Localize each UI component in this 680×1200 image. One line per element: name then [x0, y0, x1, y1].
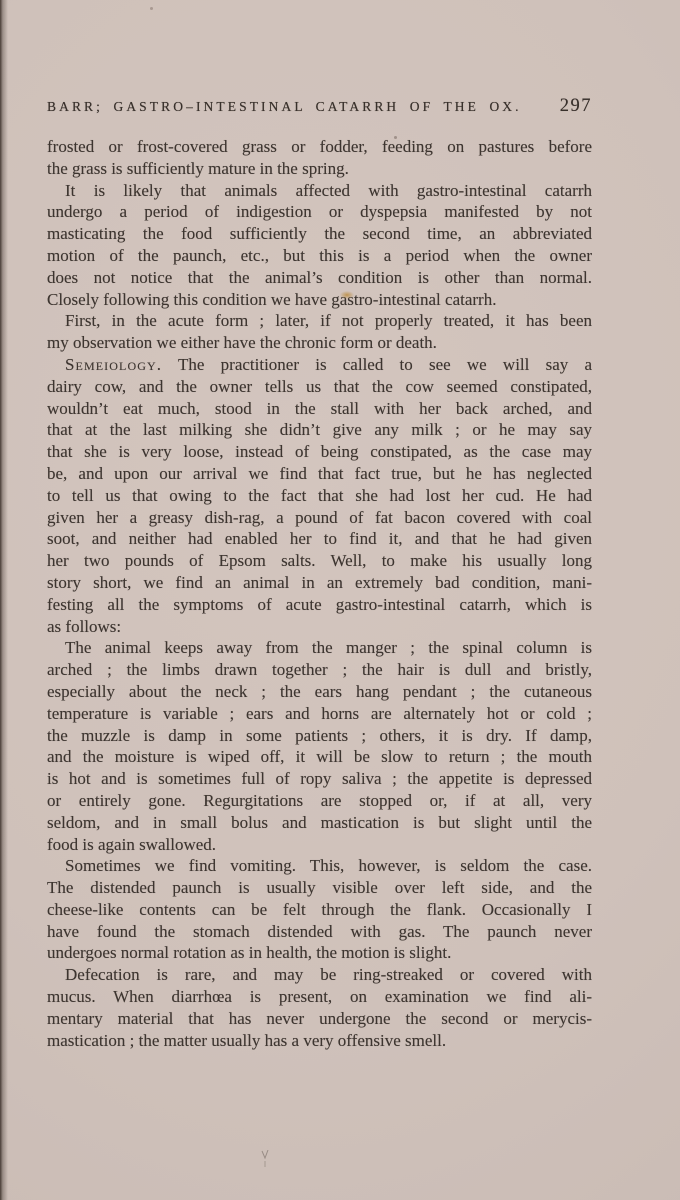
- text-line: her two pounds of Epsom salts. Well, to …: [47, 550, 592, 572]
- running-header: BARR; GASTRO–INTESTINAL CATARRH OF THE O…: [47, 96, 592, 117]
- text-line: mentary material that has never undergon…: [47, 1008, 592, 1030]
- text-line: have found the stomach distended with ga…: [47, 921, 592, 943]
- text-line: motion of the paunch, etc., but this is …: [47, 245, 592, 267]
- text-line: Semeiology. The practitioner is called t…: [47, 354, 592, 376]
- text-line: undergoes normal rotation as in health, …: [47, 942, 592, 964]
- text-line: story short, we find an animal in an ext…: [47, 572, 592, 594]
- paragraph: It is likely that animals affected with …: [47, 180, 592, 311]
- running-header-title: BARR; GASTRO–INTESTINAL CATARRH OF THE O…: [47, 99, 522, 115]
- paragraph: Sometimes we find vomiting. This, howeve…: [47, 855, 592, 964]
- text-line: soot, and neither had enabled her to fin…: [47, 528, 592, 550]
- text-line: be, and upon our arrival we find that fa…: [47, 463, 592, 485]
- text-line: cheese-like contents can be felt through…: [47, 899, 592, 921]
- text-line: The animal keeps away from the manger ; …: [47, 637, 592, 659]
- text-line: that at the last milking she didn’t give…: [47, 419, 592, 441]
- text-line: food is again swallowed.: [47, 834, 592, 856]
- book-page: BARR; GASTRO–INTESTINAL CATARRH OF THE O…: [0, 0, 680, 1200]
- text-line: and the moisture is wiped off, it will b…: [47, 746, 592, 768]
- text-line: frosted or frost-covered grass or fodder…: [47, 136, 592, 158]
- paragraph: Semeiology. The practitioner is called t…: [47, 354, 592, 637]
- text-line: arched ; the limbs drawn together ; the …: [47, 659, 592, 681]
- text-line: the muzzle is damp in some patients ; ot…: [47, 725, 592, 747]
- text-line: is hot and is sometimes full of ropy sal…: [47, 768, 592, 790]
- paragraph: frosted or frost-covered grass or fodder…: [47, 136, 592, 180]
- text-line: wouldn’t eat much, stood in the stall wi…: [47, 398, 592, 420]
- page-number: 297: [560, 96, 592, 117]
- text-line: does not notice that the animal’s condit…: [47, 267, 592, 289]
- paragraph: Defecation is rare, and may be ring-stre…: [47, 964, 592, 1051]
- text-line: seldom, and in small bolus and masticati…: [47, 812, 592, 834]
- text-line: Closely following this condition we have…: [47, 289, 592, 311]
- text-line: or entirely gone. Regurgitations are sto…: [47, 790, 592, 812]
- spine-shadow: [0, 0, 8, 1200]
- text-line: especially about the neck ; the ears han…: [47, 681, 592, 703]
- text-line: Sometimes we find vomiting. This, howeve…: [47, 855, 592, 877]
- text-line: First, in the acute form ; later, if not…: [47, 310, 592, 332]
- faint-pencil-mark: [260, 1150, 272, 1168]
- text-line: the grass is sufficiently mature in the …: [47, 158, 592, 180]
- text-line: dairy cow, and the owner tells us that t…: [47, 376, 592, 398]
- text-line: that she is very loose, instead of being…: [47, 441, 592, 463]
- paragraph: The animal keeps away from the manger ; …: [47, 637, 592, 855]
- paragraph: First, in the acute form ; later, if not…: [47, 310, 592, 354]
- text-line: The distended paunch is usually visible …: [47, 877, 592, 899]
- text-line: mucus. When diarrhœa is present, on exam…: [47, 986, 592, 1008]
- text-line: given her a greasy dish-rag, a pound of …: [47, 507, 592, 529]
- text-line: masticating the food sufficiently the se…: [47, 223, 592, 245]
- text-line: Defecation is rare, and may be ring-stre…: [47, 964, 592, 986]
- text-line: mastication ; the matter usually has a v…: [47, 1030, 592, 1052]
- text-line: to tell us that owing to the fact that s…: [47, 485, 592, 507]
- text-line: my observation we either have the chroni…: [47, 332, 592, 354]
- page-text: frosted or frost-covered grass or fodder…: [47, 136, 592, 1051]
- text-line: undergo a period of indigestion or dyspe…: [47, 201, 592, 223]
- paper-speck: [150, 7, 153, 10]
- text-line: temperature is variable ; ears and horns…: [47, 703, 592, 725]
- text-line: festing all the symptoms of acute gastro…: [47, 594, 592, 616]
- smallcaps-lead: Semeiology.: [65, 355, 162, 374]
- text-line: It is likely that animals affected with …: [47, 180, 592, 202]
- text-line: as follows:: [47, 616, 592, 638]
